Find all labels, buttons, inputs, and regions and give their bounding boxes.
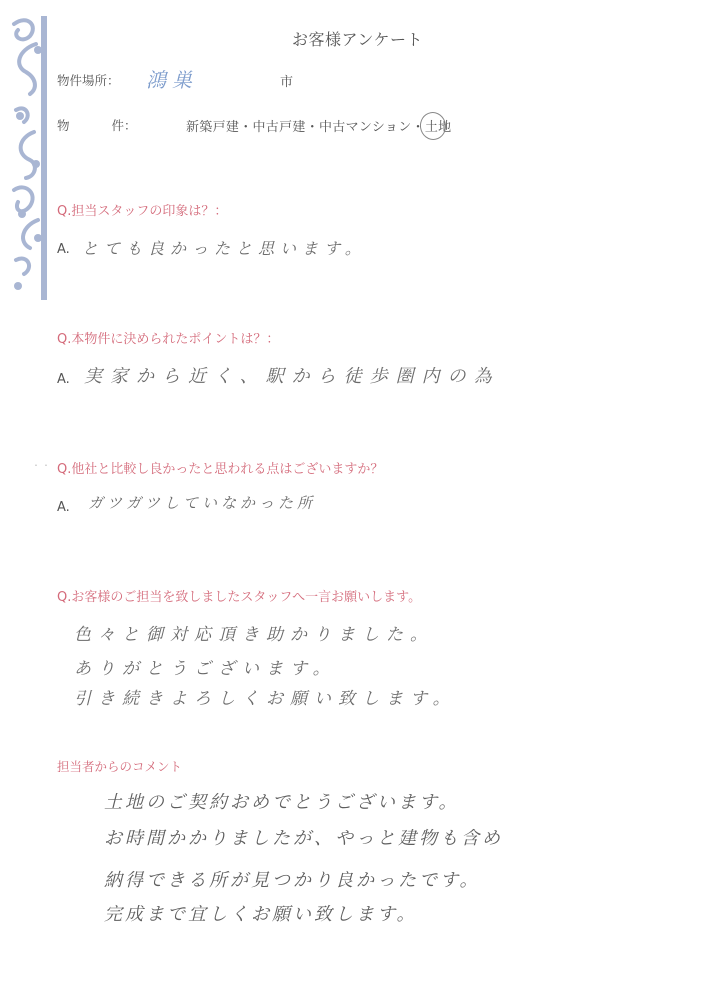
answer-1-prefix: A.: [57, 242, 70, 257]
property-selected-option: 土地: [425, 116, 452, 135]
property-label-part1: 物: [57, 118, 70, 133]
question-3: Q.他社と比較し良かったと思われる点はございますか？: [57, 458, 383, 477]
answer-3-prefix: A.: [57, 500, 70, 515]
answer-4-line-1: 色々と御対応頂き助かりました。: [74, 620, 434, 645]
staff-comment-line-3: 納得できる所が見つかり良かったです。: [104, 866, 481, 892]
question-4: Q.お客様のご担当を致しましたスタッフへ一言お願いします。: [57, 586, 421, 605]
property-options: 新築戸建・中古戸建・中古マンション・土地: [186, 116, 451, 135]
staff-comment-line-2: お時間かかりましたが、やっと建物も含め: [104, 824, 503, 850]
question-1: Q.担当スタッフの印象は？：: [57, 200, 227, 219]
staff-comment-line-1: 土地のご契約おめでとうございます。: [104, 788, 460, 814]
answer-3: ガツガツしていなかった所: [88, 492, 316, 513]
ornament-border-bar: [41, 16, 47, 300]
scroll-ornament-icon: [8, 14, 44, 300]
property-label-part2: 件：: [112, 118, 137, 133]
property-options-list: 新築戸建・中古戸建・中古マンション・: [186, 120, 425, 135]
location-label: 物件場所：: [57, 71, 120, 89]
location-suffix: 市: [280, 71, 293, 90]
answer-4-line-3: 引き続きよろしくお願い致します。: [74, 684, 457, 709]
page-title: お客様アンケート: [292, 27, 423, 50]
property-label: 物件：: [57, 116, 137, 134]
location-value: 鴻巣: [146, 64, 198, 93]
staff-comment-line-4: 完成まで宜しくお願い致します。: [104, 900, 418, 926]
question-2: Q.本物件に決められたポイントは？：: [57, 328, 279, 347]
answer-4-line-2: ありがとうございます。: [74, 654, 337, 679]
staff-comment-title: 担当者からのコメント: [57, 757, 182, 775]
answer-2: 実家から近く、駅から徒歩圏内の為: [84, 362, 500, 388]
answer-1: とても良かったと思います。: [82, 236, 367, 259]
stray-dots: ・・: [32, 460, 52, 471]
answer-2-prefix: A.: [57, 372, 70, 387]
